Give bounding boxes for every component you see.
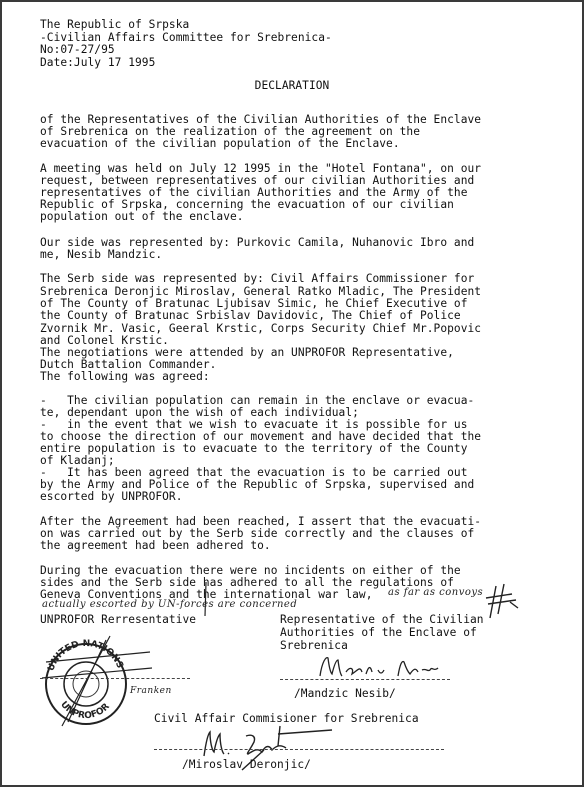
handwritten-addendum: as far as convoys bbox=[388, 587, 483, 598]
serb-side-line: the County of Bratunac Srbislav Davidovi… bbox=[40, 309, 461, 322]
serb-side-line: The Serb side was represented by: Civil … bbox=[40, 272, 474, 285]
document-title: DECLARATION bbox=[2, 79, 582, 92]
deronjic-name: /Miroslav Deronjic/ bbox=[182, 758, 311, 771]
our-side-line: me, Nesib Mandzic. bbox=[40, 248, 162, 261]
meeting-line: population out of the enclave. bbox=[40, 210, 244, 223]
agreed-line: escorted by UNPROFOR. bbox=[40, 490, 183, 503]
mandzic-signature-icon bbox=[302, 652, 462, 682]
intro-line: evacuation of the civilian population of… bbox=[40, 137, 400, 150]
handwritten-addendum: actually escorted by UN-forces are conce… bbox=[42, 599, 297, 610]
header-date: Date:July 17 1995 bbox=[40, 56, 155, 69]
handwritten-initials-icon bbox=[482, 582, 522, 627]
unprofor-signature-line bbox=[40, 678, 190, 679]
mandzic-signature-line bbox=[280, 679, 450, 680]
declaration-document: The Republic of Srpska -Civilian Affairs… bbox=[0, 0, 584, 787]
handwritten-stroke-icon bbox=[202, 580, 210, 620]
serb-side-line: The following was agreed: bbox=[40, 370, 210, 383]
civil-representative-label: Srebrenica bbox=[280, 639, 348, 652]
after-line: the agreement had been adhered to. bbox=[40, 539, 271, 552]
civil-representative-label: Representative of the Civilian bbox=[280, 613, 484, 626]
unprofor-representative-label: UNPROFOR Rerresentative bbox=[40, 613, 196, 626]
deronjic-signature-line bbox=[154, 749, 444, 750]
header-republic: The Republic of Srpska bbox=[40, 18, 189, 31]
mandzic-name: /Mandzic Nesib/ bbox=[294, 687, 396, 700]
unprofor-signature: Franken bbox=[130, 686, 172, 696]
civil-representative-label: Authorities of the Enclave of bbox=[280, 626, 477, 639]
header-number: No:07-27/95 bbox=[40, 43, 115, 56]
united-nations-stamp-icon: UNITED NATIONS UNPROFOR bbox=[40, 634, 130, 729]
